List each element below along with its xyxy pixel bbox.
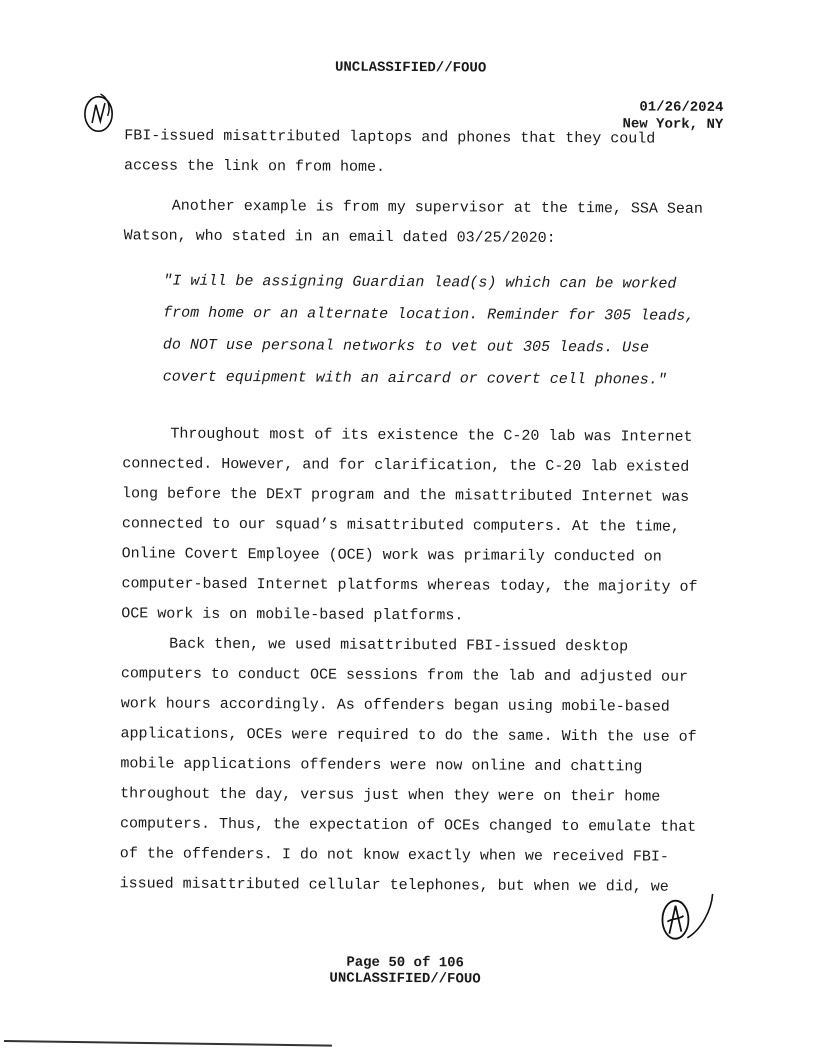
text-line: issued misattributed cellular telephones…: [120, 869, 720, 903]
document-body: FBI-issued misattributed laptops and pho…: [120, 121, 725, 903]
text-line: computers. Thus, the expectation of OCEs…: [120, 809, 720, 843]
quote-line: "I will be assigning Guardian lead(s) wh…: [163, 266, 723, 301]
text-line: work hours accordingly. As offenders beg…: [121, 689, 721, 723]
quote-line: do NOT use personal networks to vet out …: [163, 330, 723, 365]
text-line: FBI-issued misattributed laptops and pho…: [124, 121, 724, 155]
quote-line: from home or an alternate location. Remi…: [163, 298, 723, 333]
document-date: 01/26/2024: [623, 99, 724, 117]
page-footer: Page 50 of 106 UNCLASSIFIED//FOUO: [0, 953, 813, 990]
text-line: mobile applications offenders were now o…: [120, 749, 720, 783]
text-line: Throughout most of its existence the C-2…: [122, 419, 722, 453]
text-line: connected. However, and for clarificatio…: [122, 449, 722, 483]
paragraph-back-then: Back then, we used misattributed FBI-iss…: [120, 629, 722, 903]
header-classification: UNCLASSIFIED//FOUO: [3, 58, 816, 79]
text-line: throughout the day, versus just when the…: [120, 779, 720, 813]
paragraph-another-example: Another example is from my supervisor at…: [124, 191, 724, 255]
paragraph-continuation: FBI-issued misattributed laptops and pho…: [124, 121, 724, 185]
text-line: Another example is from my supervisor at…: [124, 191, 724, 225]
handwritten-initial-n-icon: [80, 86, 120, 138]
handwritten-initial-a-icon: [657, 890, 717, 948]
text-line: long before the DExT program and the mis…: [122, 479, 722, 513]
text-line: computer-based Internet platforms wherea…: [121, 569, 721, 603]
text-line: access the link on from home.: [124, 151, 724, 185]
text-line: OCE work is on mobile-based platforms.: [121, 599, 721, 633]
document-page: UNCLASSIFIED//FOUO 01/26/2024 New York, …: [0, 0, 816, 1056]
text-line: connected to our squad’s misattributed c…: [122, 509, 722, 543]
text-line: Online Covert Employee (OCE) work was pr…: [122, 539, 722, 573]
text-line: of the offenders. I do not know exactly …: [120, 839, 720, 873]
text-line: computers to conduct OCE sessions from t…: [121, 659, 721, 693]
paragraph-c20-lab: Throughout most of its existence the C-2…: [121, 419, 722, 633]
quote-line: covert equipment with an aircard or cove…: [163, 362, 723, 397]
text-line: Back then, we used misattributed FBI-iss…: [121, 629, 721, 663]
email-quote: "I will be assigning Guardian lead(s) wh…: [163, 266, 724, 397]
text-line: Watson, who stated in an email dated 03/…: [124, 221, 724, 255]
text-line: applications, OCEs were required to do t…: [120, 719, 720, 753]
